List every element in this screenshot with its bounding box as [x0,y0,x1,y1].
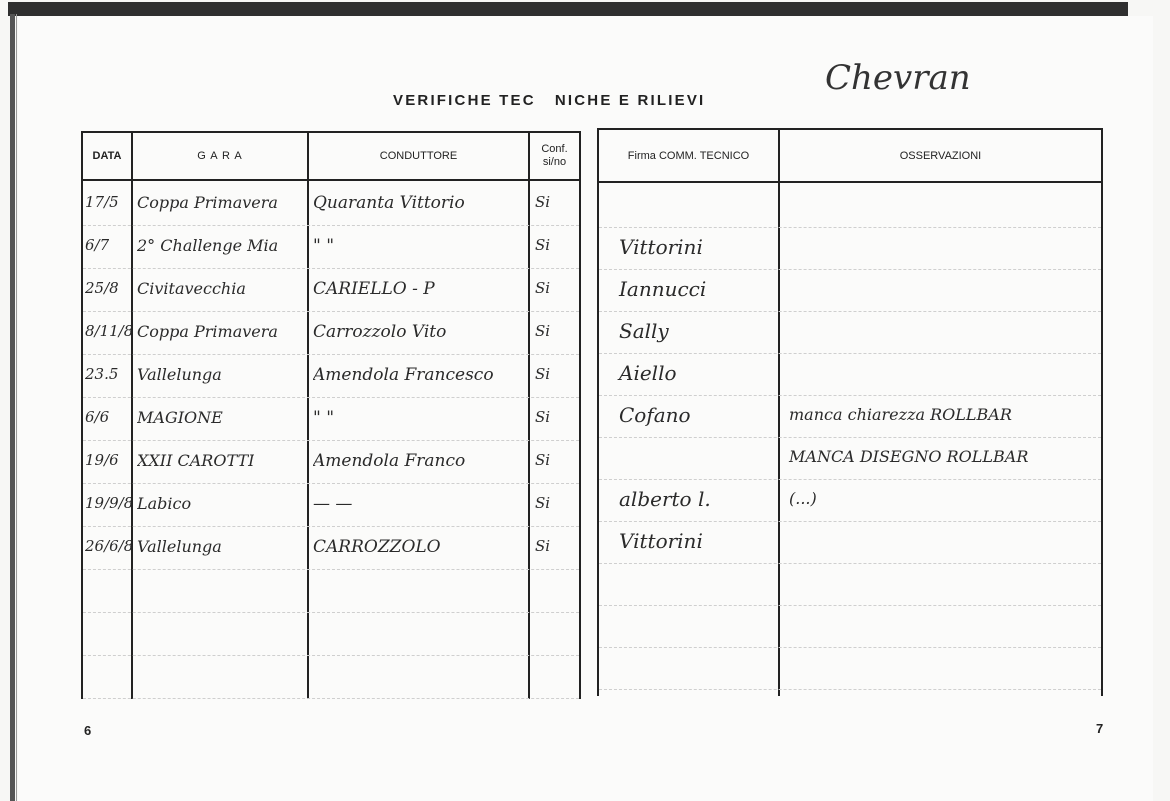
cell-conf: Si [535,537,550,555]
cell-conf: Si [535,365,550,383]
ruled-line [83,698,579,699]
table-row [83,613,579,655]
table-row: 17/5Coppa PrimaveraQuaranta VittorioSi [83,183,579,225]
cell-gara: Coppa Primavera [137,322,278,341]
table-row: alberto l.(...) [599,479,1101,521]
cell-osservazioni: MANCA DISEGNO ROLLBAR [789,447,1028,466]
cell-firma: Vittorini [619,235,703,259]
cell-conduttore: Amendola Francesco [313,365,494,385]
table-row [599,647,1101,689]
cell-conduttore: Amendola Franco [313,451,465,471]
cell-conf: Si [535,236,550,254]
table-row [599,185,1101,227]
table-row: Vittorini [599,521,1101,563]
cell-conf: Si [535,408,550,426]
table-row [599,605,1101,647]
table-row: Aiello [599,353,1101,395]
cell-gara: Vallelunga [137,537,222,556]
header-conf: Conf. si/no [530,133,579,179]
cell-data: 19/9/82 [85,494,131,512]
cell-conduttore: Quaranta Vittorio [313,193,465,213]
header-gara: G A R A [133,133,307,179]
page-number-left: 6 [84,723,91,738]
cell-data: 6/6 [85,408,109,426]
cell-gara: MAGIONE [137,408,223,427]
scan-left-edge [10,14,15,801]
left-table: DATA G A R A CONDUTTORE Conf. si/no 17/5… [81,131,581,699]
table-row: Iannucci [599,269,1101,311]
scan-left-edge-line [16,14,17,801]
table-row: MANCA DISEGNO ROLLBAR [599,437,1101,479]
header-divider [599,181,1101,183]
cell-conduttore: CARIELLO - P [313,279,435,299]
cell-conf: Si [535,193,550,211]
cell-firma: Sally [619,319,669,343]
table-row: 26/6/83VallelungaCARROZZOLOSi [83,527,579,569]
table-row: Sally [599,311,1101,353]
cell-data: 8/11/81 [85,322,131,340]
ruled-line [599,689,1101,690]
cell-data: 26/6/83 [85,537,131,555]
table-row: 6/6MAGIONE" "Si [83,398,579,440]
cell-data: 17/5 [85,193,119,211]
scan-top-edge [8,2,1128,16]
cell-data: 19/6 [85,451,119,469]
cell-conduttore: " " [313,236,334,256]
header-data: DATA [83,133,131,179]
page-number-right: 7 [1096,721,1103,736]
cell-gara: Vallelunga [137,365,222,384]
header-conduttore: CONDUTTORE [309,133,528,179]
table-row: Vittorini [599,227,1101,269]
cell-data: 23.5 [85,365,118,383]
cell-firma: Iannucci [619,277,706,301]
table-row: 8/11/81Coppa PrimaveraCarrozzolo VitoSi [83,312,579,354]
cell-conduttore: Carrozzolo Vito [313,322,446,342]
table-row [83,656,579,698]
header-osservazioni: OSSERVAZIONI [780,130,1101,181]
cell-gara: Civitavecchia [137,279,246,298]
table-row: 19/6XXII CAROTTIAmendola FrancoSi [83,441,579,483]
table-row [83,570,579,612]
cell-gara: Coppa Primavera [137,193,278,212]
cell-firma: Cofano [619,403,691,427]
table-row: 19/9/82Labico— —Si [83,484,579,526]
cell-osservazioni: manca chiarezza ROLLBAR [789,405,1012,424]
header-firma: Firma COMM. TECNICO [599,130,778,181]
table-row [599,563,1101,605]
cell-osservazioni: (...) [789,489,817,508]
cell-data: 6/7 [85,236,109,254]
cell-conduttore: CARROZZOLO [313,537,441,557]
cell-conf: Si [535,494,550,512]
page-title: VERIFICHE TEC NICHE E RILIEVI [393,92,705,109]
cell-firma: Aiello [619,361,677,385]
cell-gara: 2° Challenge Mia [137,236,278,255]
table-row: 23.5VallelungaAmendola FrancescoSi [83,355,579,397]
header-divider [83,179,579,181]
cell-conduttore: — — [313,494,352,514]
table-row: 6/72° Challenge Mia" "Si [83,226,579,268]
table-row: 25/8CivitavecchiaCARIELLO - PSi [83,269,579,311]
cell-conduttore: " " [313,408,334,428]
cell-conf: Si [535,451,550,469]
right-table: Firma COMM. TECNICO OSSERVAZIONI Vittori… [597,128,1103,696]
cell-firma: Vittorini [619,529,703,553]
cell-conf: Si [535,322,550,340]
cell-firma: alberto l. [619,487,711,511]
cell-gara: Labico [137,494,191,513]
table-row: Cofanomanca chiarezza ROLLBAR [599,395,1101,437]
cell-gara: XXII CAROTTI [137,451,254,470]
cell-conf: Si [535,279,550,297]
handwritten-title: Chevran [825,58,971,98]
cell-data: 25/8 [85,279,119,297]
